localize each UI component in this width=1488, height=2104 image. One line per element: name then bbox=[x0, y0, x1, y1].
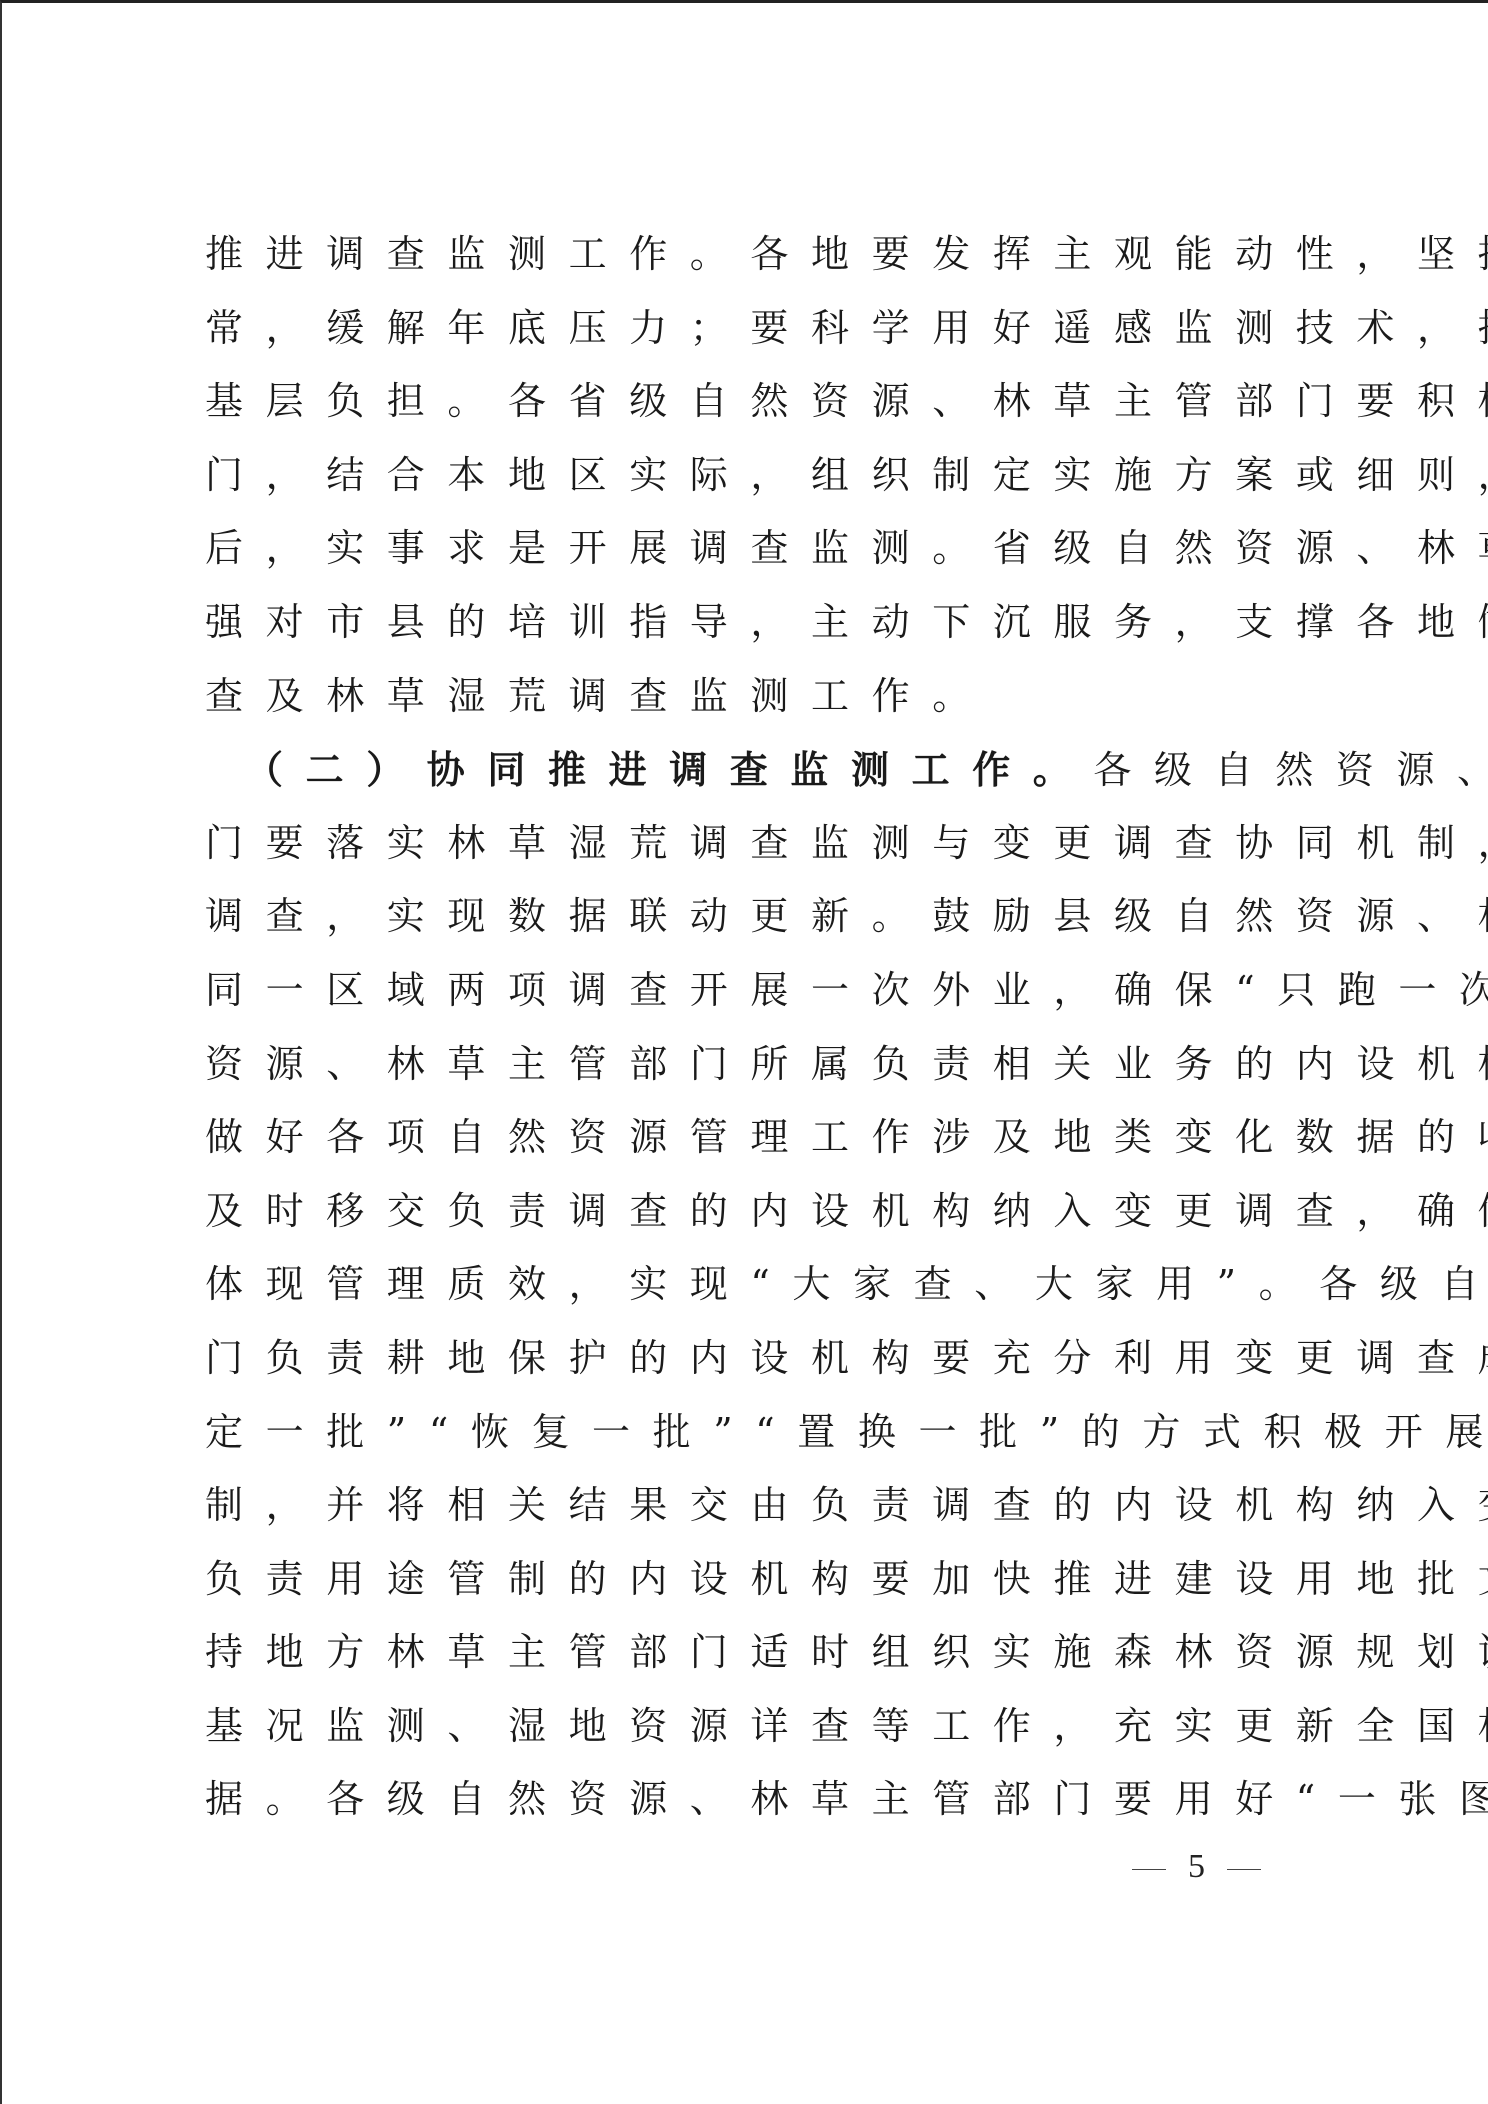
paragraph-line: 推进调查监测工作。各地要发挥主观能动性，坚持把工作做在日 bbox=[205, 218, 1305, 292]
paragraph-line: 后，实事求是开展调查监测。省级自然资源、林草主管部门要加 bbox=[205, 512, 1305, 586]
page-number-value: 5 bbox=[1188, 1848, 1205, 1885]
section-heading-continuation: 各级自然资源、林草主管部 bbox=[1093, 748, 1488, 792]
paragraph-line: 持地方林草主管部门适时组织实施森林资源规划设计调查、草原 bbox=[205, 1616, 1305, 1690]
section-heading: （二）协同推进调查监测工作。 bbox=[245, 747, 1093, 792]
paragraph-line: 门负责耕地保护的内设机构要充分利用变更调查成果，按照“认 bbox=[205, 1322, 1305, 1396]
page-number-dash-right bbox=[1227, 1869, 1261, 1870]
document-body: 推进调查监测工作。各地要发挥主观能动性，坚持把工作做在日 常，缓解年底压力；要科… bbox=[205, 218, 1305, 1837]
page-number-dash-left bbox=[1132, 1869, 1166, 1870]
paragraph-line: 查及林草湿荒调查监测工作。 bbox=[205, 660, 1305, 734]
paragraph-line: 基况监测、湿地资源详查等工作，充实更新全国林草资源图数 bbox=[205, 1690, 1305, 1764]
paragraph-line: 定一批”“恢复一批”“置换一批”的方式积极开展过渡期方案编 bbox=[205, 1396, 1305, 1470]
paragraph-line: 制，并将相关结果交由负责调查的内设机构纳入变更调查成果； bbox=[205, 1469, 1305, 1543]
paragraph-line: 常，缓解年底压力；要科学用好遥感监测技术，提高效率，减轻 bbox=[205, 292, 1305, 366]
paragraph-line: 资源、林草主管部门所属负责相关业务的内设机构要密切配合， bbox=[205, 1028, 1305, 1102]
section-heading-line: （二）协同推进调查监测工作。各级自然资源、林草主管部 bbox=[205, 733, 1305, 807]
paragraph-line: 强对市县的培训指导，主动下沉服务，支撑各地做好年度变更调 bbox=[205, 586, 1305, 660]
paragraph-line: 门要落实林草湿荒调查监测与变更调查协同机制，同步开展两项 bbox=[205, 807, 1305, 881]
paragraph-line: 基层负担。各省级自然资源、林草主管部门要积极会同相关部 bbox=[205, 365, 1305, 439]
paragraph-line: 负责用途管制的内设机构要加快推进建设用地批文清理工作。支 bbox=[205, 1543, 1305, 1617]
paragraph-line: 及时移交负责调查的内设机构纳入变更调查，确保调查成果能够 bbox=[205, 1175, 1305, 1249]
paragraph-line: 做好各项自然资源管理工作涉及地类变化数据的收集与核实，并 bbox=[205, 1101, 1305, 1175]
paragraph-line: 同一区域两项调查开展一次外业，确保“只跑一次”。各级自然 bbox=[205, 954, 1305, 1028]
paragraph-line: 体现管理质效，实现“大家查、大家用”。各级自然资源主管部 bbox=[205, 1248, 1305, 1322]
page-number: 5 bbox=[1110, 1848, 1310, 1886]
paragraph-line: 调查，实现数据联动更新。鼓励县级自然资源、林草主管部门对 bbox=[205, 880, 1305, 954]
paragraph-line: 门，结合本地区实际，组织制定实施方案或细则，报部局备案 bbox=[205, 439, 1305, 513]
paragraph-line: 据。各级自然资源、林草主管部门要用好“一张图”建设成果， bbox=[205, 1763, 1305, 1837]
